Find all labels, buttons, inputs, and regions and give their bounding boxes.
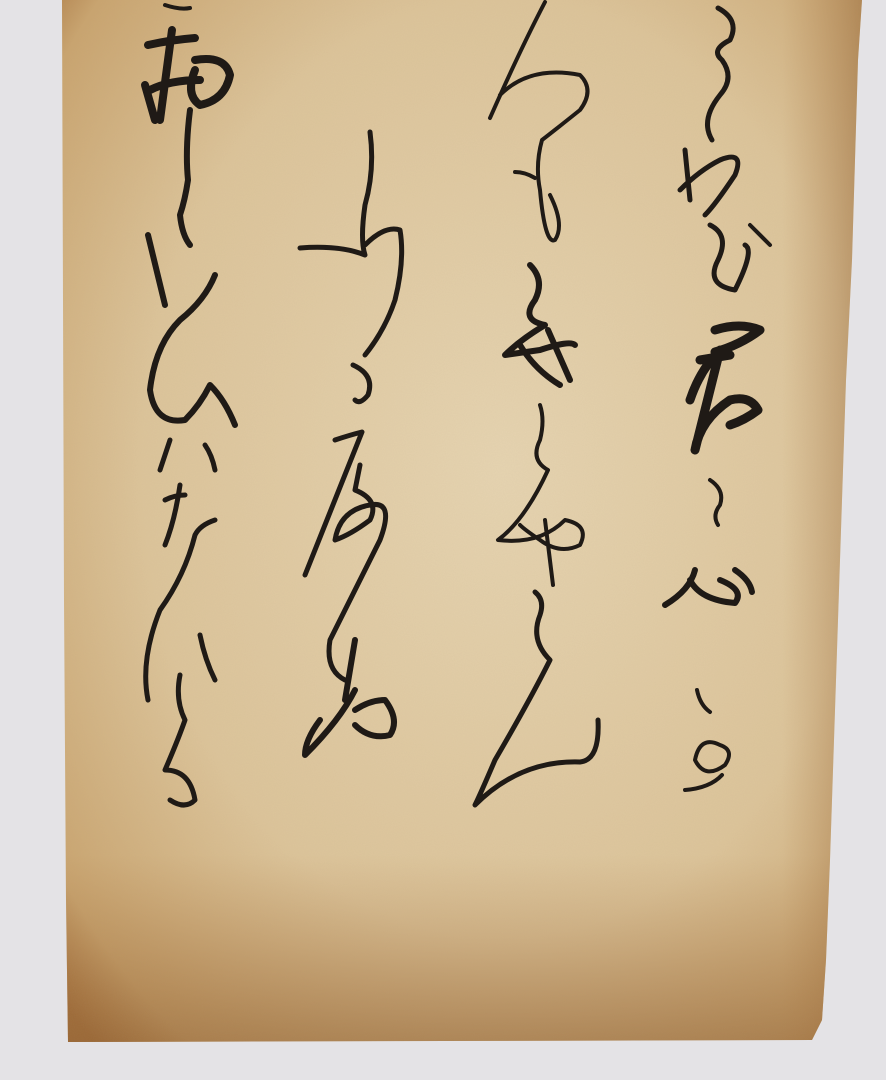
calligraphy-strokes <box>0 0 886 1080</box>
column-2-strokes <box>475 2 598 805</box>
column-4-strokes <box>145 5 235 805</box>
column-1-strokes <box>665 8 770 790</box>
column-3-strokes <box>300 132 402 755</box>
